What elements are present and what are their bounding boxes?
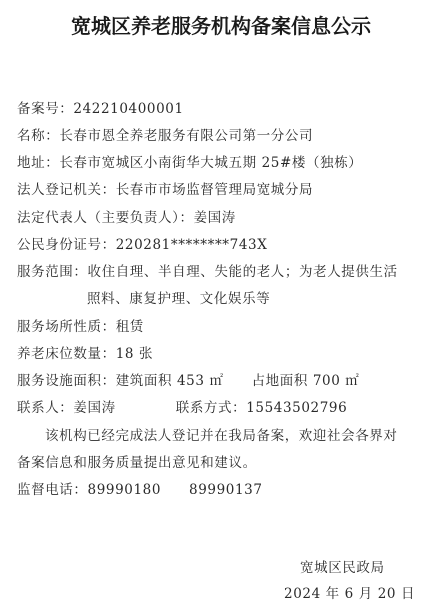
record-number-value: 242210400001: [73, 101, 183, 117]
registration-authority-row: 法人登记机关：长春市市场监督管理局宽城分局: [17, 178, 313, 198]
name-value: 长春市恩全养老服务有限公司第一分公司: [59, 128, 313, 144]
registration-authority-value: 长春市市场监督管理局宽城分局: [116, 182, 313, 198]
scope-value-line2: 照料、康复护理、文化娱乐等: [87, 291, 270, 307]
name-row: 名称：长春市恩全养老服务有限公司第一分公司: [17, 124, 313, 144]
beds-row: 养老床位数量：18 张: [17, 342, 153, 362]
phone-value: 15543502796: [246, 400, 347, 416]
premises-row: 服务场所性质：租赁: [17, 315, 144, 335]
beds-value: 18 张: [116, 346, 153, 362]
area-row: 服务设施面积：建筑面积 453 ㎡占地面积 700 ㎡: [17, 369, 359, 389]
premises-label: 服务场所性质：: [17, 319, 116, 335]
record-number-row: 备案号：242210400001: [17, 97, 184, 117]
legal-rep-value: 姜国涛: [194, 210, 236, 226]
premises-value: 租赁: [116, 319, 144, 335]
phone-label: 联系方式：: [176, 400, 247, 416]
scope-label: 服务范围：: [17, 264, 88, 280]
legal-rep-label: 法定代表人（主要负责人）：: [17, 210, 194, 226]
area-label: 服务设施面积：: [17, 373, 116, 389]
supervision-label: 监督电话：: [17, 482, 88, 498]
id-label: 公民身份证号：: [17, 237, 116, 253]
land-area-value: 占地面积 700 ㎡: [252, 373, 360, 389]
legal-rep-row: 法定代表人（主要负责人）：姜国涛: [17, 206, 236, 226]
scope-row: 服务范围：收住自理、半自理、失能的老人；为老人提供生活: [17, 260, 398, 280]
building-area-value: 建筑面积 453 ㎡: [116, 373, 224, 389]
address-value: 长春市宽城区小南街华大城五期 25#楼（独栋）: [59, 155, 362, 171]
page-title: 宽城区养老服务机构备案信息公示: [0, 10, 442, 39]
id-row: 公民身份证号：220281********743X: [17, 233, 267, 253]
address-label: 地址：: [17, 155, 59, 171]
contact-value: 姜国涛: [73, 400, 115, 416]
contact-label: 联系人：: [17, 400, 73, 416]
supervision-row: 监督电话：8999018089990137: [17, 478, 263, 498]
address-row: 地址：长春市宽城区小南街华大城五期 25#楼（独栋）: [17, 151, 362, 171]
name-label: 名称：: [17, 128, 59, 144]
scope-row-continued: 照料、康复护理、文化娱乐等: [87, 287, 270, 307]
notice-line1: 该机构已经完成法人登记并在我局备案，欢迎社会各界对: [45, 424, 398, 444]
supervision-phone-2: 89990137: [189, 482, 263, 498]
scope-value-line1: 收住自理、半自理、失能的老人；为老人提供生活: [88, 264, 398, 280]
signature-date: 2024 年 6 月 20 日: [284, 582, 415, 602]
signature-org: 宽城区民政局: [300, 556, 385, 576]
supervision-phone-1: 89990180: [88, 482, 162, 498]
id-value: 220281********743X: [116, 237, 268, 253]
beds-label: 养老床位数量：: [17, 346, 116, 362]
registration-authority-label: 法人登记机关：: [17, 182, 116, 198]
notice-line2: 备案信息和服务质量提出意见和建议。: [17, 451, 257, 471]
record-number-label: 备案号：: [17, 101, 73, 117]
contact-row: 联系人：姜国涛联系方式：15543502796: [17, 396, 347, 416]
